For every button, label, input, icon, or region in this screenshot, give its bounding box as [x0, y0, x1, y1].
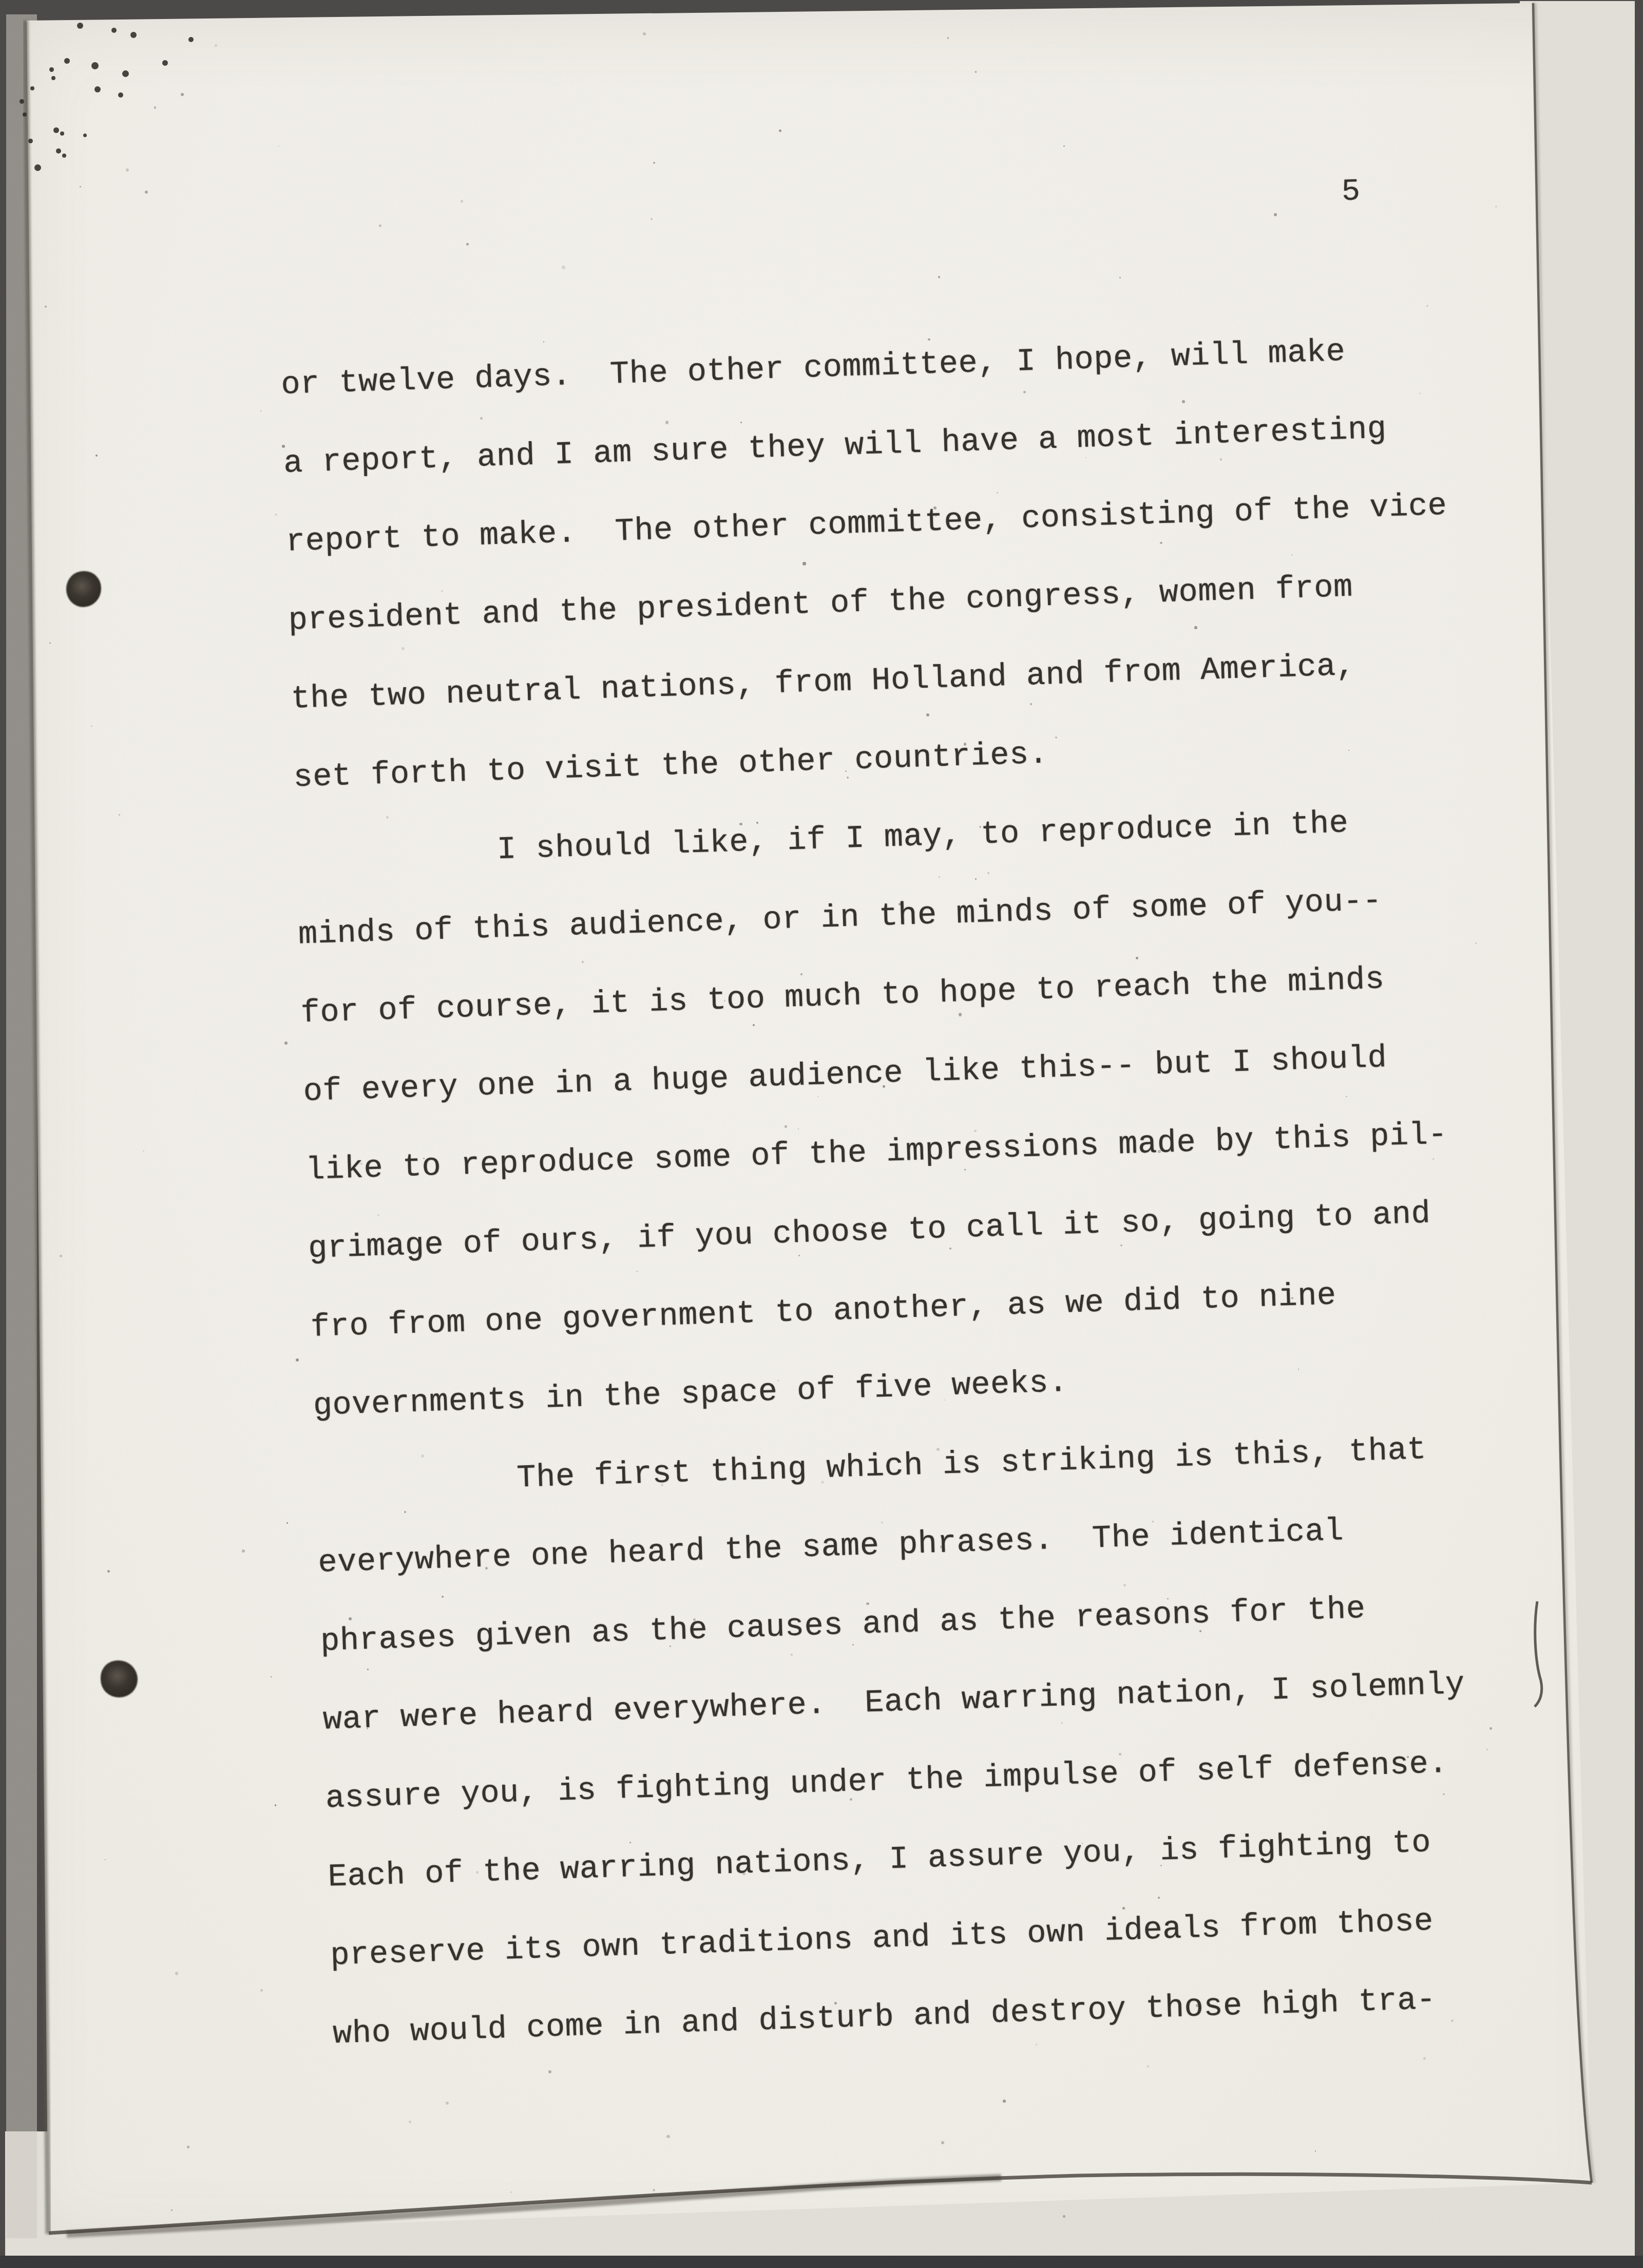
scanner-bottom-band	[0, 2256, 1643, 2268]
scanned-typewritten-page: 5 or twelve days. The other committee, I…	[0, 0, 1643, 2268]
ink-blot-top	[66, 571, 101, 607]
ink-blot-bottom	[101, 1660, 138, 1697]
page-number: 5	[1341, 176, 1361, 207]
typed-text-block: or twelve days. The other committee, I h…	[280, 308, 1530, 2074]
